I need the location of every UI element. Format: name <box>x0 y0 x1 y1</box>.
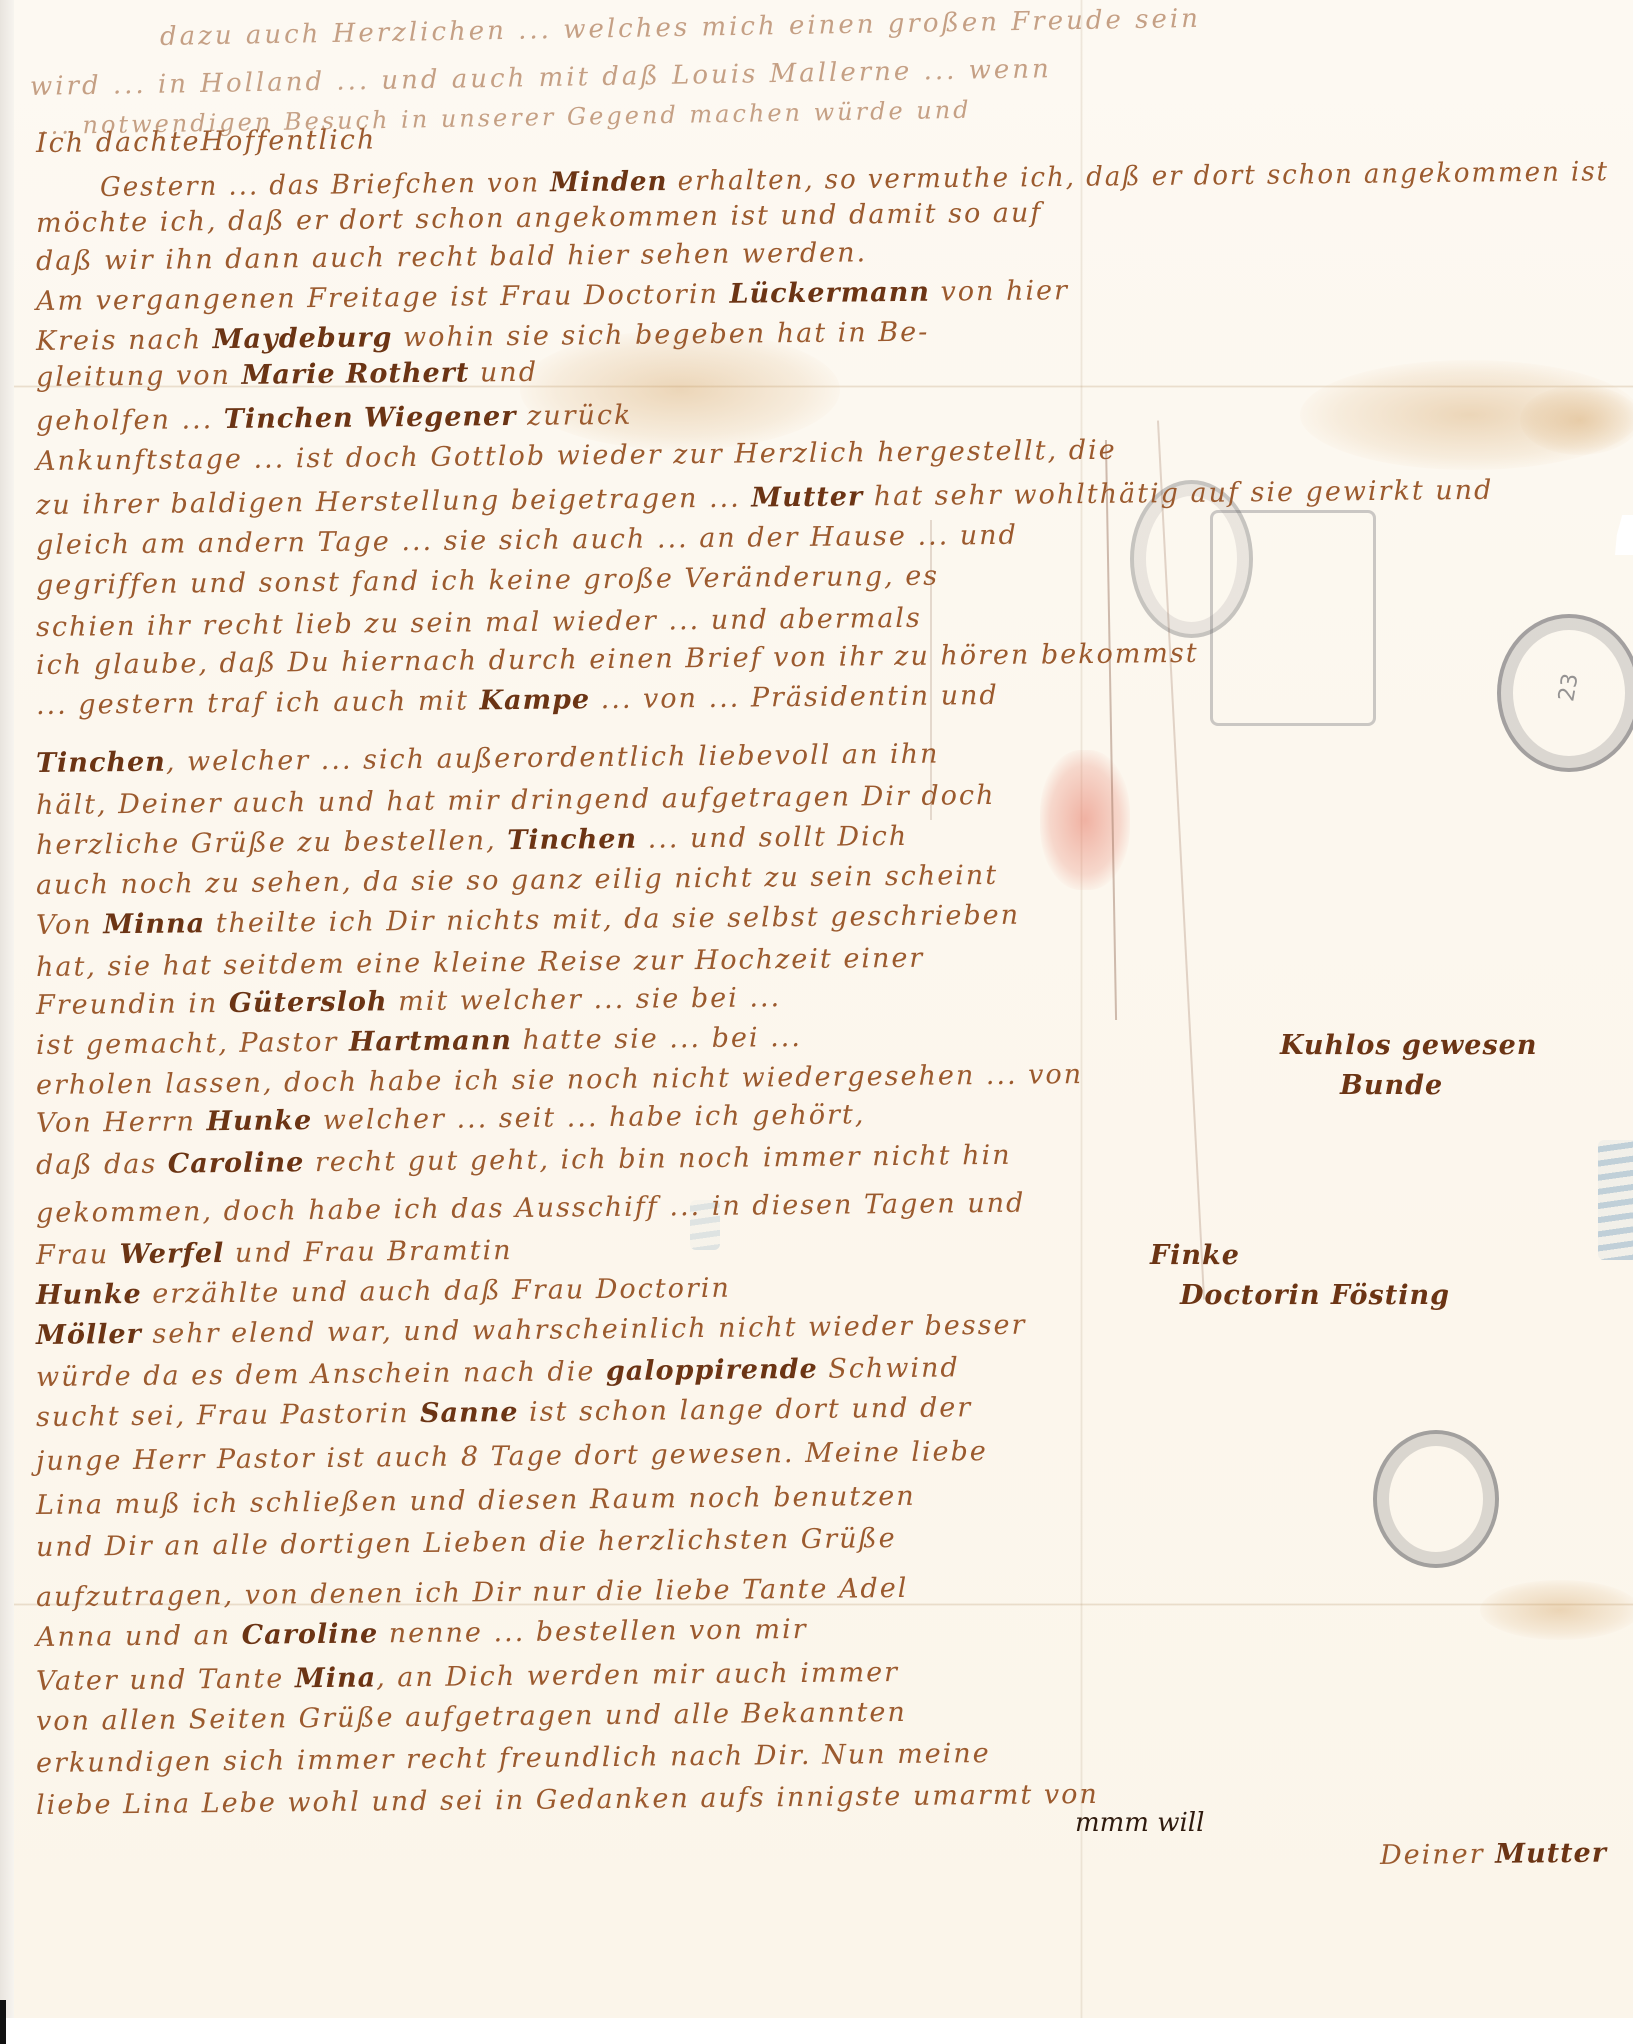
line-text: Freundin in <box>36 988 229 1021</box>
proper-noun: Minden <box>550 166 668 198</box>
proper-noun: Marie Rothert <box>241 357 469 390</box>
line-text: ... von <box>975 1059 1083 1091</box>
proper-noun: Minna <box>103 908 205 940</box>
line-text: ist schon lange dort und der <box>518 1392 972 1428</box>
line-text: ist gemacht, Pastor <box>36 1027 349 1061</box>
vertical-fold <box>1080 0 1083 2018</box>
line-text: Von <box>36 909 104 941</box>
line-text: Ich dachte <box>36 126 201 159</box>
handwritten-line: Frau Werfel und Frau Bramtin <box>36 1235 513 1271</box>
proper-noun: Hartmann <box>349 1025 512 1058</box>
line-text: , an Dich werden mir auch immer <box>376 1657 899 1693</box>
line-text: wohin sie sich begeben hat in Be- <box>392 317 929 354</box>
paper-left-edge <box>0 0 14 2018</box>
proper-noun: Kuhlos gewesen <box>1280 1030 1538 1061</box>
proper-noun: Caroline <box>241 1618 378 1650</box>
proper-noun: Lückermann <box>729 277 930 310</box>
handwritten-line: Ich dachteHoffentlich <box>36 124 377 159</box>
proper-noun: Mutter <box>1495 1838 1607 1870</box>
circular-postmark <box>1373 1430 1499 1568</box>
proper-noun: Doctorin Fösting <box>1180 1280 1450 1311</box>
line-text: daß das <box>36 1149 168 1181</box>
line-text: herzliche Grüße zu bestellen, <box>36 825 508 861</box>
proper-noun: Hunke <box>36 1279 142 1311</box>
proper-noun: Sanne <box>420 1397 519 1429</box>
proper-noun: Hunke <box>206 1105 312 1137</box>
handwritten-line: geholfen ... Tinchen Wiegener zurück <box>36 400 633 437</box>
scan-margin <box>0 2018 1633 2044</box>
line-text: von hier <box>930 275 1069 307</box>
handwritten-fragment: Kuhlos gewesen <box>1280 1030 1538 1061</box>
proper-noun: galoppirende <box>606 1354 818 1387</box>
proper-noun: Bunde <box>1340 1070 1443 1101</box>
proper-noun: Caroline <box>168 1147 305 1179</box>
proper-noun: Mutter <box>751 481 863 513</box>
proper-noun: Maydeburg <box>213 322 393 355</box>
handwritten-fragment: Finke <box>1150 1240 1240 1271</box>
postmark-date: 23 <box>1545 618 1593 756</box>
proper-noun: Tinchen <box>36 747 166 779</box>
red-wax-stain <box>1040 750 1130 890</box>
line-text: und Frau Bramtin <box>224 1235 513 1269</box>
proper-noun: Kampe <box>479 684 590 716</box>
age-stain <box>1520 385 1633 455</box>
line-text: Anna und an <box>36 1620 242 1653</box>
circular-postmark-dated: 23 <box>1497 614 1633 772</box>
line-text: so auf <box>948 197 1043 229</box>
line-text: Vater und Tante <box>36 1663 295 1697</box>
proper-noun: Mina <box>295 1662 377 1694</box>
proper-noun: Finke <box>1150 1240 1240 1271</box>
line-text: ... von ... Präsidentin und <box>590 680 999 715</box>
line-text: zurück <box>516 400 632 432</box>
handwritten-fragment: Bunde <box>1340 1070 1443 1101</box>
handwritten-fragment: Doctorin Fösting <box>1180 1280 1450 1311</box>
line-text: sucht sei, Frau Pastorin <box>36 1398 420 1433</box>
line-text: Hoffentlich <box>200 124 376 157</box>
line-text: Kreis nach <box>36 324 213 357</box>
proper-noun: Möller <box>36 1319 142 1351</box>
line-text: Frau <box>36 1239 120 1271</box>
line-text: Deiner <box>1380 1839 1495 1871</box>
line-text: erzählte und auch daß Frau Doctorin <box>142 1273 732 1310</box>
line-text: und <box>469 357 538 389</box>
interlinear-insertion: mmm will <box>1075 1808 1204 1838</box>
line-text: hat sehr wohlthätig auf sie gewirkt und <box>863 475 1493 513</box>
handwritten-line: Deiner Mutter <box>1380 1838 1607 1871</box>
proper-noun: Tinchen <box>507 824 637 856</box>
line-text: würde da es dem Anschein nach die <box>36 1356 606 1393</box>
line-text: hatte sie ... bei ... <box>512 1022 802 1056</box>
proper-noun: Gütersloh <box>229 986 388 1019</box>
line-text: nenne ... bestellen von mir <box>378 1614 808 1649</box>
proper-noun: Werfel <box>120 1238 225 1270</box>
line-text: ... und sollt Dich <box>637 821 908 855</box>
age-stain <box>1480 1580 1633 1640</box>
line-text: Von Herrn <box>36 1106 207 1139</box>
line-text: gleitung von <box>36 360 242 393</box>
scan-corner-mark <box>0 2000 6 2044</box>
line-text: mit welcher ... sie bei ... <box>387 982 781 1017</box>
line-text: welcher ... seit ... habe ich gehört, <box>312 1099 865 1136</box>
line-text: Schwind <box>818 1352 960 1384</box>
line-text: Gestern ... das Briefchen von <box>100 167 551 203</box>
line-text: geholfen ... <box>36 404 224 437</box>
handwritten-line: gleitung von Marie Rothert und <box>36 357 538 393</box>
line-text: ... gestern traf ich auch mit <box>36 685 480 721</box>
proper-noun: Tinchen Wiegener <box>224 401 517 435</box>
blue-stamp <box>1598 1140 1633 1260</box>
